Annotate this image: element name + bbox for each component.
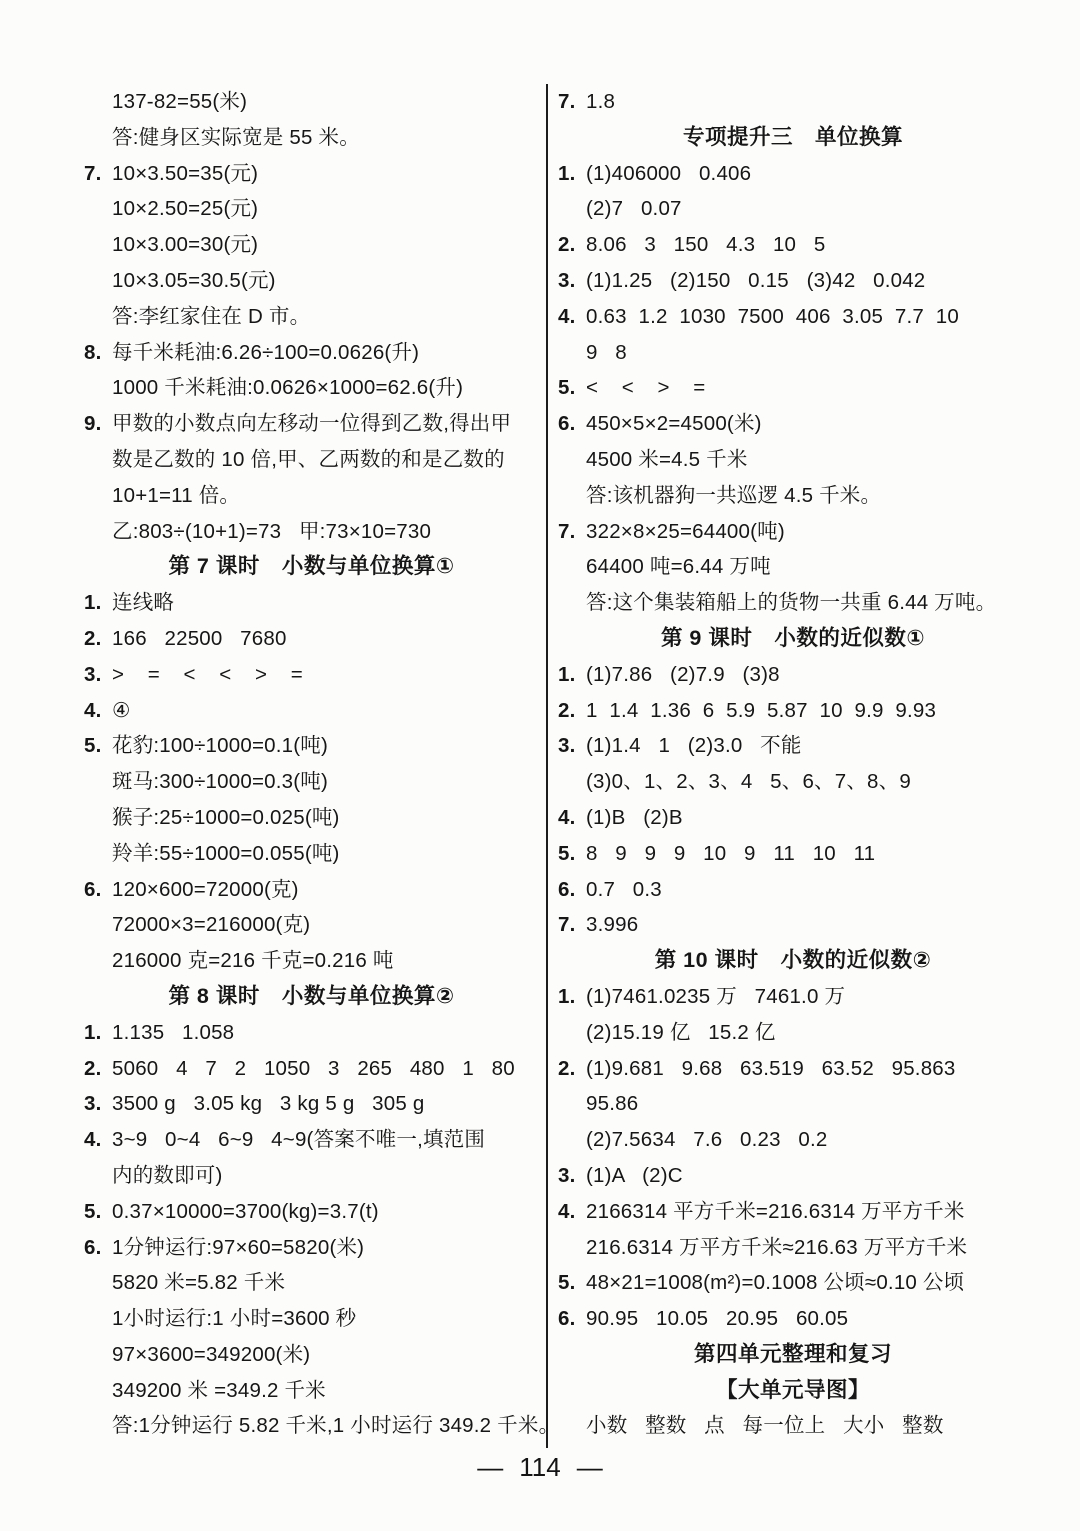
item-number: 2. bbox=[84, 1051, 102, 1087]
answer-text: 斑马:300÷1000=0.3(吨) bbox=[112, 770, 328, 793]
answer-line: 1.(1)7461.0235 万 7461.0 万 bbox=[558, 979, 1028, 1015]
answer-text: 349200 米 =349.2 千米 bbox=[112, 1379, 326, 1402]
item-number: 7. bbox=[558, 907, 576, 943]
item-number: 1. bbox=[558, 156, 576, 192]
answer-text: 166 22500 7680 bbox=[112, 627, 287, 650]
item-number: 9. bbox=[84, 406, 102, 442]
answer-text: (2)7.5634 7.6 0.23 0.2 bbox=[586, 1128, 828, 1151]
answer-line: 答:该机器狗一共巡逻 4.5 千米。 bbox=[558, 478, 1028, 514]
answer-line: 6.1分钟运行:97×60=5820(米) bbox=[84, 1230, 539, 1266]
answer-text: ④ bbox=[112, 699, 131, 722]
answer-text: 1000 千米耗油:0.0626×1000=62.6(升) bbox=[112, 376, 463, 399]
item-number: 3. bbox=[84, 657, 102, 693]
answer-text: 第 10 课时 小数的近似数② bbox=[655, 948, 932, 972]
answer-text: 1 1.4 1.36 6 5.9 5.87 10 9.9 9.93 bbox=[586, 699, 936, 722]
answer-line: 6.0.7 0.3 bbox=[558, 872, 1028, 908]
footer-dash-left: — bbox=[477, 1452, 503, 1482]
answer-line: 349200 米 =349.2 千米 bbox=[84, 1373, 539, 1409]
answer-line: 10×3.05=30.5(元) bbox=[84, 263, 539, 299]
section-heading: 第 8 课时 小数与单位换算② bbox=[84, 979, 539, 1015]
page-footer: —114— bbox=[0, 1452, 1080, 1483]
section-heading: 第 10 课时 小数的近似数② bbox=[558, 943, 1028, 979]
answer-line: 7.10×3.50=35(元) bbox=[84, 156, 539, 192]
answer-text: 97×3600=349200(米) bbox=[112, 1343, 310, 1366]
answer-line: 3.> = < < > = bbox=[84, 657, 539, 693]
item-number: 5. bbox=[84, 728, 102, 764]
item-number: 2. bbox=[558, 693, 576, 729]
answer-text: 95.86 bbox=[586, 1092, 638, 1115]
answer-text: 8.06 3 150 4.3 10 5 bbox=[586, 233, 825, 256]
answer-line: 5820 米=5.82 千米 bbox=[84, 1265, 539, 1301]
item-number: 4. bbox=[558, 1194, 576, 1230]
answer-text: 72000×3=216000(克) bbox=[112, 913, 310, 936]
answer-line: 4.3~9 0~4 6~9 4~9(答案不唯一,填范围 bbox=[84, 1122, 539, 1158]
answer-text: 专项提升三 单位换算 bbox=[683, 125, 903, 149]
answer-text: 10×3.00=30(元) bbox=[112, 233, 258, 256]
answer-line: 5.48×21=1008(m²)=0.1008 公顷≈0.10 公顷 bbox=[558, 1265, 1028, 1301]
item-number: 4. bbox=[558, 800, 576, 836]
item-number: 5. bbox=[84, 1194, 102, 1230]
answer-text: 每千米耗油:6.26÷100=0.0626(升) bbox=[112, 341, 419, 364]
answer-text: < < > = bbox=[586, 376, 705, 399]
item-number: 6. bbox=[558, 1301, 576, 1337]
answer-line: 5.花豹:100÷1000=0.1(吨) bbox=[84, 728, 539, 764]
left-column: 137-82=55(米)答:健身区实际宽是 55 米。7.10×3.50=35(… bbox=[84, 84, 539, 1444]
answer-text: (2)15.19 亿 15.2 亿 bbox=[586, 1021, 776, 1044]
answer-text: 10×3.05=30.5(元) bbox=[112, 269, 276, 292]
item-number: 1. bbox=[558, 979, 576, 1015]
answer-text: 第 9 课时 小数的近似数① bbox=[661, 626, 925, 650]
item-number: 3. bbox=[558, 728, 576, 764]
answer-text: 连线略 bbox=[112, 591, 174, 614]
answer-text: 乙:803÷(10+1)=73 甲:73×10=730 bbox=[112, 520, 431, 543]
item-number: 6. bbox=[558, 872, 576, 908]
item-number: 8. bbox=[84, 335, 102, 371]
right-column: 7.1.8专项提升三 单位换算1.(1)406000 0.406(2)7 0.0… bbox=[558, 84, 1028, 1444]
answer-line: 72000×3=216000(克) bbox=[84, 907, 539, 943]
answer-line: 4.④ bbox=[84, 693, 539, 729]
answer-text: 答:李红家住在 D 市。 bbox=[112, 305, 310, 328]
answer-text: 1.8 bbox=[586, 90, 615, 113]
answer-text: 数是乙数的 10 倍,甲、乙两数的和是乙数的 bbox=[112, 448, 505, 471]
answer-line: 9 8 bbox=[558, 335, 1028, 371]
answer-text: (2)7 0.07 bbox=[586, 197, 682, 220]
answer-text: 5820 米=5.82 千米 bbox=[112, 1271, 285, 1294]
answer-text: 1分钟运行:97×60=5820(米) bbox=[112, 1236, 364, 1259]
answer-line: 1.(1)406000 0.406 bbox=[558, 156, 1028, 192]
answer-text: 第四单元整理和复习 bbox=[694, 1342, 892, 1366]
answer-line: (3)0、1、2、3、4 5、6、7、8、9 bbox=[558, 764, 1028, 800]
answer-line: 4500 米=4.5 千米 bbox=[558, 442, 1028, 478]
answer-line: 8.每千米耗油:6.26÷100=0.0626(升) bbox=[84, 335, 539, 371]
item-number: 4. bbox=[84, 693, 102, 729]
item-number: 4. bbox=[558, 299, 576, 335]
answer-text: (1)406000 0.406 bbox=[586, 162, 751, 185]
answer-line: 答:李红家住在 D 市。 bbox=[84, 299, 539, 335]
item-number: 5. bbox=[558, 370, 576, 406]
answer-line: 3.(1)1.4 1 (2)3.0 不能 bbox=[558, 728, 1028, 764]
item-number: 1. bbox=[84, 1015, 102, 1051]
answer-text: 90.95 10.05 20.95 60.05 bbox=[586, 1307, 848, 1330]
answer-line: 斑马:300÷1000=0.3(吨) bbox=[84, 764, 539, 800]
answer-line: (2)7 0.07 bbox=[558, 191, 1028, 227]
answer-line: 答:健身区实际宽是 55 米。 bbox=[84, 120, 539, 156]
page-number: 114 bbox=[519, 1452, 560, 1482]
section-heading: 第 9 课时 小数的近似数① bbox=[558, 621, 1028, 657]
item-number: 5. bbox=[558, 836, 576, 872]
section-heading: 第四单元整理和复习 bbox=[558, 1337, 1028, 1373]
answer-line: 乙:803÷(10+1)=73 甲:73×10=730 bbox=[84, 514, 539, 550]
answer-text: 8 9 9 9 10 9 11 10 11 bbox=[586, 842, 875, 865]
answer-text: 450×5×2=4500(米) bbox=[586, 412, 762, 435]
answer-line: 10×3.00=30(元) bbox=[84, 227, 539, 263]
answer-text: (1)7461.0235 万 7461.0 万 bbox=[586, 985, 845, 1008]
footer-dash-right: — bbox=[577, 1452, 603, 1482]
answer-line: 10+1=11 倍。 bbox=[84, 478, 539, 514]
answer-line: 羚羊:55÷1000=0.055(吨) bbox=[84, 836, 539, 872]
answer-line: 6.120×600=72000(克) bbox=[84, 872, 539, 908]
answer-text: (1)7.86 (2)7.9 (3)8 bbox=[586, 663, 780, 686]
answer-text: 答:这个集装箱船上的货物一共重 6.44 万吨。 bbox=[586, 591, 996, 614]
answer-text: 羚羊:55÷1000=0.055(吨) bbox=[112, 842, 340, 865]
answer-line: 3.(1)A (2)C bbox=[558, 1158, 1028, 1194]
answer-line: 2.8.06 3 150 4.3 10 5 bbox=[558, 227, 1028, 263]
item-number: 1. bbox=[84, 585, 102, 621]
answer-text: 0.37×10000=3700(kg)=3.7(t) bbox=[112, 1200, 379, 1223]
answer-line: 1.1.135 1.058 bbox=[84, 1015, 539, 1051]
answer-line: 数是乙数的 10 倍,甲、乙两数的和是乙数的 bbox=[84, 442, 539, 478]
answer-line: 7.322×8×25=64400(吨) bbox=[558, 514, 1028, 550]
answer-text: 10×3.50=35(元) bbox=[112, 162, 258, 185]
answer-text: 甲数的小数点向左移动一位得到乙数,得出甲 bbox=[112, 412, 511, 435]
answer-line: (2)15.19 亿 15.2 亿 bbox=[558, 1015, 1028, 1051]
answer-line: 内的数即可) bbox=[84, 1158, 539, 1194]
answer-line: 猴子:25÷1000=0.025(吨) bbox=[84, 800, 539, 836]
item-number: 6. bbox=[84, 1230, 102, 1266]
answer-text: (1)9.681 9.68 63.519 63.52 95.863 bbox=[586, 1057, 956, 1080]
answer-line: 4.(1)B (2)B bbox=[558, 800, 1028, 836]
answer-line: 10×2.50=25(元) bbox=[84, 191, 539, 227]
answer-text: 第 7 课时 小数与单位换算① bbox=[168, 554, 454, 578]
answer-line: 1.(1)7.86 (2)7.9 (3)8 bbox=[558, 657, 1028, 693]
section-heading: 第 7 课时 小数与单位换算① bbox=[84, 549, 539, 585]
answer-line: 97×3600=349200(米) bbox=[84, 1337, 539, 1373]
answer-line: (2)7.5634 7.6 0.23 0.2 bbox=[558, 1122, 1028, 1158]
answer-text: (1)A (2)C bbox=[586, 1164, 683, 1187]
answer-line: 答:1分钟运行 5.82 千米,1 小时运行 349.2 千米。 bbox=[84, 1408, 539, 1444]
answer-line: 7.3.996 bbox=[558, 907, 1028, 943]
answer-text: (1)1.4 1 (2)3.0 不能 bbox=[586, 734, 802, 757]
answer-text: 137-82=55(米) bbox=[112, 90, 247, 113]
item-number: 6. bbox=[558, 406, 576, 442]
answer-text: 0.63 1.2 1030 7500 406 3.05 7.7 10 bbox=[586, 305, 959, 328]
item-number: 2. bbox=[558, 227, 576, 263]
answer-line: 4.0.63 1.2 1030 7500 406 3.05 7.7 10 bbox=[558, 299, 1028, 335]
answer-text: 64400 吨=6.44 万吨 bbox=[586, 555, 771, 578]
answer-line: 2.(1)9.681 9.68 63.519 63.52 95.863 bbox=[558, 1051, 1028, 1087]
answer-text: 答:1分钟运行 5.82 千米,1 小时运行 349.2 千米。 bbox=[112, 1414, 559, 1437]
answer-line: 7.1.8 bbox=[558, 84, 1028, 120]
answer-text: 答:该机器狗一共巡逻 4.5 千米。 bbox=[586, 484, 881, 507]
answer-text: (1)B (2)B bbox=[586, 806, 683, 829]
answer-text: 5060 4 7 2 1050 3 265 480 1 80 bbox=[112, 1057, 515, 1080]
item-number: 7. bbox=[558, 514, 576, 550]
item-number: 2. bbox=[84, 621, 102, 657]
answer-text: 内的数即可) bbox=[112, 1164, 223, 1187]
answer-text: 322×8×25=64400(吨) bbox=[586, 520, 785, 543]
column-divider bbox=[546, 84, 548, 1448]
answer-line: 答:这个集装箱船上的货物一共重 6.44 万吨。 bbox=[558, 585, 1028, 621]
answer-text: 48×21=1008(m²)=0.1008 公顷≈0.10 公顷 bbox=[586, 1271, 964, 1294]
answer-text: 3.996 bbox=[586, 913, 638, 936]
answer-line: 3.(1)1.25 (2)150 0.15 (3)42 0.042 bbox=[558, 263, 1028, 299]
answer-line: 2.166 22500 7680 bbox=[84, 621, 539, 657]
answer-text: 答:健身区实际宽是 55 米。 bbox=[112, 126, 360, 149]
answer-text: 4500 米=4.5 千米 bbox=[586, 448, 748, 471]
answer-text: 小数 整数 点 每一位上 大小 整数 bbox=[586, 1414, 944, 1437]
item-number: 2. bbox=[558, 1051, 576, 1087]
answer-text: 9 8 bbox=[586, 341, 627, 364]
section-heading: 专项提升三 单位换算 bbox=[558, 120, 1028, 156]
answer-line: 3.3500 g 3.05 kg 3 kg 5 g 305 g bbox=[84, 1086, 539, 1122]
answer-text: 120×600=72000(克) bbox=[112, 878, 299, 901]
answer-line: 64400 吨=6.44 万吨 bbox=[558, 549, 1028, 585]
answer-text: (3)0、1、2、3、4 5、6、7、8、9 bbox=[586, 770, 911, 793]
answer-line: 95.86 bbox=[558, 1086, 1028, 1122]
item-number: 3. bbox=[558, 1158, 576, 1194]
answer-text: 3~9 0~4 6~9 4~9(答案不唯一,填范围 bbox=[112, 1128, 485, 1151]
item-number: 7. bbox=[558, 84, 576, 120]
answer-text: 10×2.50=25(元) bbox=[112, 197, 258, 220]
answer-line: 6.90.95 10.05 20.95 60.05 bbox=[558, 1301, 1028, 1337]
answer-line: 5.< < > = bbox=[558, 370, 1028, 406]
answer-text: 猴子:25÷1000=0.025(吨) bbox=[112, 806, 340, 829]
answer-line: 2.5060 4 7 2 1050 3 265 480 1 80 bbox=[84, 1051, 539, 1087]
answer-line: 2.1 1.4 1.36 6 5.9 5.87 10 9.9 9.93 bbox=[558, 693, 1028, 729]
answer-line: 1小时运行:1 小时=3600 秒 bbox=[84, 1301, 539, 1337]
answer-text: 0.7 0.3 bbox=[586, 878, 662, 901]
item-number: 7. bbox=[84, 156, 102, 192]
item-number: 1. bbox=[558, 657, 576, 693]
answer-text: 花豹:100÷1000=0.1(吨) bbox=[112, 734, 328, 757]
answer-line: 5.0.37×10000=3700(kg)=3.7(t) bbox=[84, 1194, 539, 1230]
section-heading: 【大单元导图】 bbox=[558, 1373, 1028, 1409]
answer-line: 小数 整数 点 每一位上 大小 整数 bbox=[558, 1408, 1028, 1444]
answer-text: 【大单元导图】 bbox=[716, 1378, 870, 1402]
answer-line: 9.甲数的小数点向左移动一位得到乙数,得出甲 bbox=[84, 406, 539, 442]
answer-line: 1.连线略 bbox=[84, 585, 539, 621]
answer-text: 216.6314 万平方千米≈216.63 万平方千米 bbox=[586, 1236, 967, 1259]
workbook-answer-page: 137-82=55(米)答:健身区实际宽是 55 米。7.10×3.50=35(… bbox=[0, 0, 1080, 1531]
answer-text: 3500 g 3.05 kg 3 kg 5 g 305 g bbox=[112, 1092, 424, 1115]
answer-line: 216000 克=216 千克=0.216 吨 bbox=[84, 943, 539, 979]
answer-line: 6.450×5×2=4500(米) bbox=[558, 406, 1028, 442]
answer-line: 216.6314 万平方千米≈216.63 万平方千米 bbox=[558, 1230, 1028, 1266]
item-number: 6. bbox=[84, 872, 102, 908]
answer-line: 5.8 9 9 9 10 9 11 10 11 bbox=[558, 836, 1028, 872]
item-number: 5. bbox=[558, 1265, 576, 1301]
answer-text: 1小时运行:1 小时=3600 秒 bbox=[112, 1307, 356, 1330]
answer-line: 137-82=55(米) bbox=[84, 84, 539, 120]
answer-text: 第 8 课时 小数与单位换算② bbox=[168, 984, 454, 1008]
answer-text: 216000 克=216 千克=0.216 吨 bbox=[112, 949, 394, 972]
answer-text: 10+1=11 倍。 bbox=[112, 484, 240, 507]
answer-text: (1)1.25 (2)150 0.15 (3)42 0.042 bbox=[586, 269, 925, 292]
answer-text: > = < < > = bbox=[112, 663, 303, 686]
answer-line: 1000 千米耗油:0.0626×1000=62.6(升) bbox=[84, 370, 539, 406]
item-number: 3. bbox=[84, 1086, 102, 1122]
item-number: 4. bbox=[84, 1122, 102, 1158]
answer-line: 4.2166314 平方千米=216.6314 万平方千米 bbox=[558, 1194, 1028, 1230]
item-number: 3. bbox=[558, 263, 576, 299]
answer-text: 2166314 平方千米=216.6314 万平方千米 bbox=[586, 1200, 965, 1223]
answer-text: 1.135 1.058 bbox=[112, 1021, 234, 1044]
